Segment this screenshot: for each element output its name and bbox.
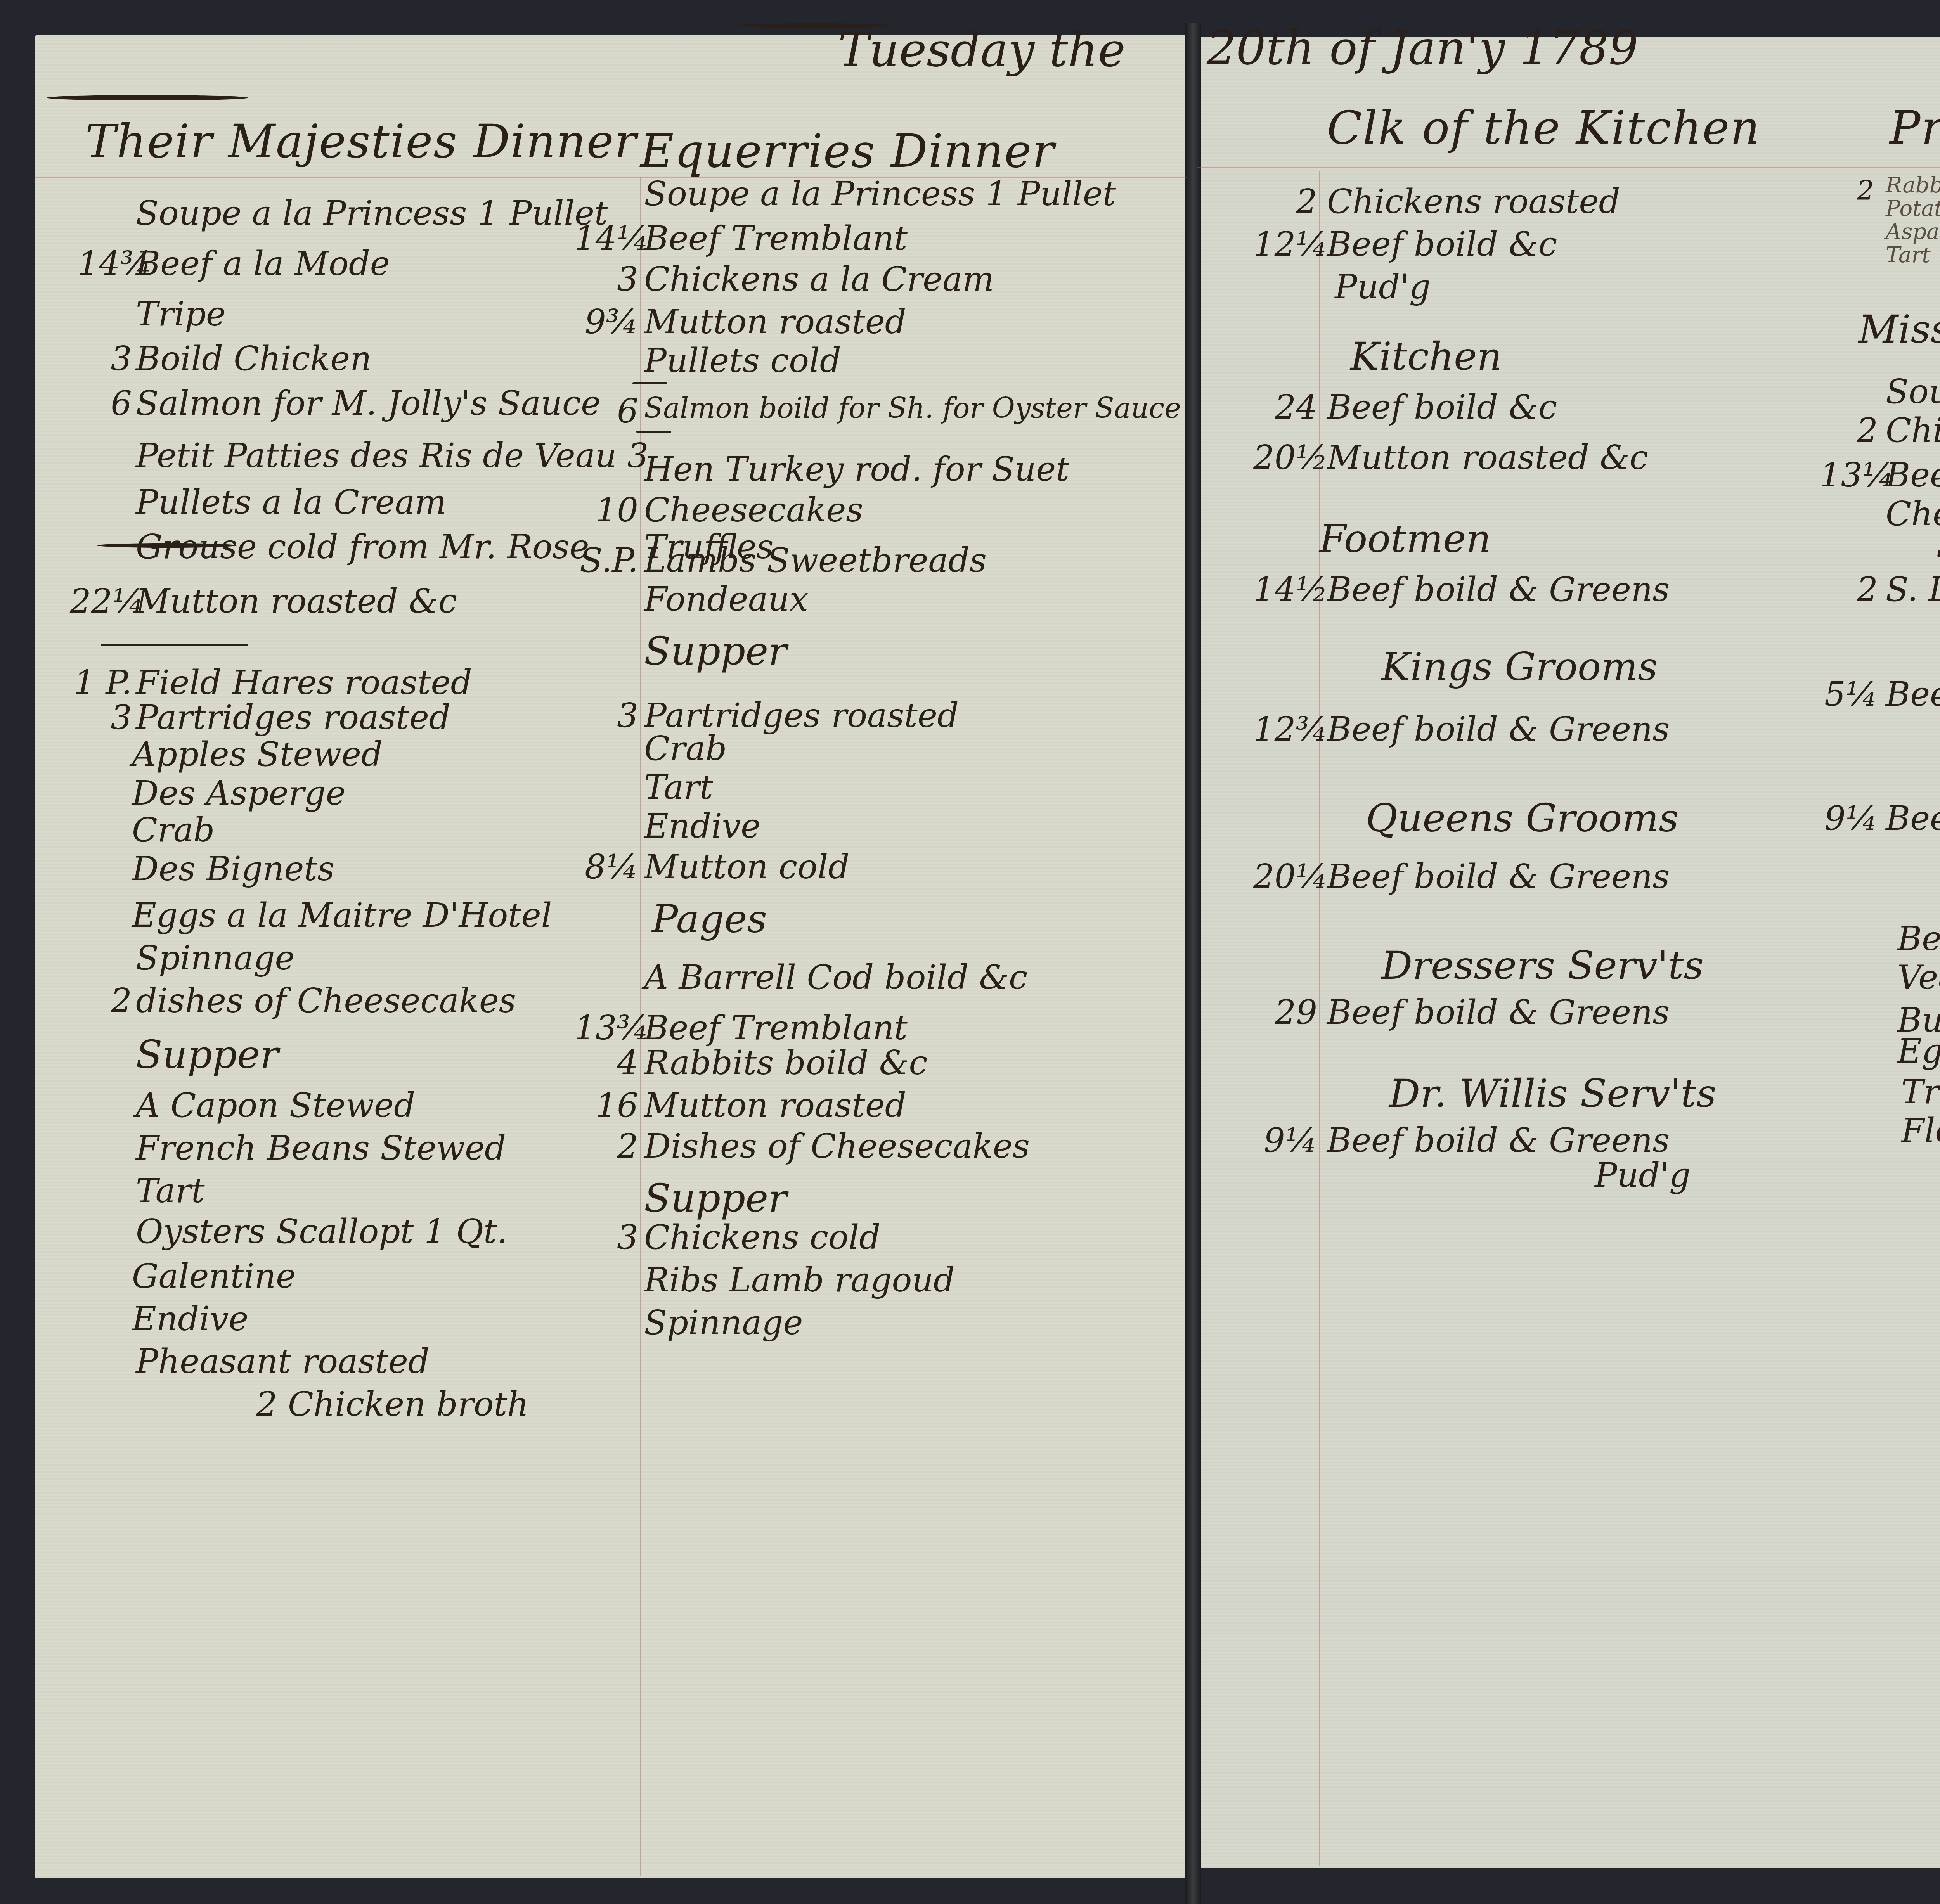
entry-qty: 2 [1820,570,1878,609]
entry-text: Crab [644,729,727,768]
soupe-item: Treble Sugar [1901,1073,1940,1111]
entry-text: Oysters Scallopt 1 Qt. [136,1212,508,1251]
column-heading: Princess's Dinner [1890,105,1940,151]
entry-qty: 13¾ [574,1009,638,1047]
entry-qty: 24 [1253,388,1317,427]
entry-text: Rabbits boild &c [644,1044,928,1082]
entry-text: 2 Chicken broth [256,1385,529,1424]
entry-text: Cheesecakes [644,491,863,530]
section-divider [97,543,237,548]
entry-text: Asparagus [1886,219,1940,244]
entry-text: Beef boild & Greens [1327,993,1670,1032]
soupe-item: Eggs [1897,1032,1940,1071]
section-heading-footmen: Footmen [1319,516,1491,561]
entry-qty: 3 [574,1218,638,1257]
section-heading-supper: Supper [644,1175,787,1221]
entry-text: Boild Chicken [136,339,372,378]
entry-qty: 14¼ [574,219,638,258]
entry-text: Tart [1886,242,1931,268]
date-header-right: 20th of Jan'y 1789 [1207,21,1638,75]
entry-qty: 8¼ [574,848,638,886]
entry-text: Lambs Sweetbreads [644,541,987,580]
column-heading: Their Majesties Dinner [85,118,637,164]
entry-text: Mutton roasted [644,1086,906,1125]
entry-text: Galentine [132,1257,296,1296]
column-heading: Equerries Dinner [640,128,1055,174]
book-gutter [1185,23,1201,1904]
entry-text: A Capon Stewed [136,1086,415,1125]
entry-qty: 6 [574,392,638,431]
heading-flourish [737,23,892,28]
entry-text: Endive [132,1300,248,1338]
entry-qty: 20¼ [1253,857,1317,896]
entry-text: Beef boild &c [1886,799,1940,838]
entry-text: Tart [136,1172,205,1210]
margin-rule-col3-right [1746,171,1747,1866]
entry-qty: 4 [574,1044,638,1082]
entry-qty: 29 [1253,993,1317,1032]
section-heading-pages: Pages [652,896,767,942]
entry-text: Apples Stewed [132,735,383,774]
entry-qty: 2 [574,1127,638,1166]
entry-text: Petit Patties des Ris de Veau 3 [136,436,648,475]
entry-text: Beef boild &c [1886,675,1940,714]
entry-text: Pud'g [1335,268,1431,306]
section-divider [101,644,248,646]
entry-text: Soupe a la Princess 1 Pullet [644,175,1116,213]
entry-text: Ribs Lamb ragoud [644,1261,955,1300]
section-divider [632,382,667,384]
entry-text: Chickens a la Cream [644,260,994,299]
section-heading-miss-goldsworthy: Miss Goldsworthy [1859,306,1940,352]
entry-qty: 3 [78,698,132,737]
soupe-item: Flour [1901,1111,1940,1150]
entry-text: Pud'g [1595,1156,1691,1195]
entry-text: Salmon boild for Sh. for Oyster Sauce [644,392,1181,424]
entry-text: Eggs a la Maitre D'Hotel [132,896,552,935]
entry-qty: 22¼ [70,582,132,621]
entry-text: Partridges roasted [136,698,450,737]
column-heading: Clk of the Kitchen [1327,105,1760,151]
section-heading-supper: Supper [136,1032,279,1077]
entry-text: Beef Tremblant [1886,456,1940,495]
entry-text: Rabbits [1886,173,1940,198]
entry-qty: 5¼ [1820,675,1878,714]
entry-text: Beef Tremblant [644,1009,908,1047]
entry-qty: 13¼ [1820,456,1878,495]
entry-text: dishes of Cheesecakes [136,981,516,1020]
entry-text: Dishes of Cheesecakes [644,1127,1030,1166]
entry-qty: 20½ [1253,438,1317,477]
entry-text: Des Asperge [132,774,346,813]
entry-text: Beef boild & Greens [1327,1121,1670,1160]
section-heading-kings-grooms: Kings Grooms [1381,644,1658,689]
entry-qty: 3 [574,260,638,299]
entry-text: S. Lobsters cold [1886,570,1940,609]
header-rule-right [1197,167,1940,168]
entry-qty: 3 [78,339,132,378]
entry-text: Spinnage [136,939,294,978]
entry-text: Spinnage [644,1303,803,1342]
entry-text: Beef Tremblant [644,219,908,258]
section-heading-dr-willis-servants: Dr. Willis Serv'ts [1389,1071,1717,1116]
entry-qty: 12¾ [1253,710,1317,749]
entry-text: Mutton cold [644,848,850,886]
entry-text: Mutton roasted [644,303,906,341]
entry-qty: 12¼ [1253,225,1317,264]
entry-qty: 3 [574,696,638,735]
entry-qty: S.P. [574,541,638,580]
entry-text: Chickens roasted [1886,411,1940,450]
entry-qty: 16 [574,1086,638,1125]
entry-text: Hen Turkey rod. for Suet [644,450,1069,489]
section-heading-dressers-servants: Dressers Serv'ts [1381,943,1704,988]
entry-text: Tart [644,768,713,807]
section-heading-kitchen: Kitchen [1350,334,1502,379]
entry-text: Endive [644,807,760,846]
entry-text: Mutton roasted &c [1327,438,1648,477]
entry-text: Chickens cold [644,1218,880,1257]
entry-text: Fondeaux [644,580,808,619]
entry-text: Cheesecakes [1886,495,1940,533]
entry-qty: 14¾ [78,244,132,283]
margin-rule-col4 [1880,167,1881,1866]
entry-text: Soupe [1886,372,1940,411]
entry-text: Des Bignets [132,850,334,888]
entry-qty: 1 P. [62,663,132,702]
entry-text: Potatoes [1886,196,1940,221]
margin-rule-col3 [1319,171,1320,1866]
soupe-item: Veal [1897,958,1940,997]
entry-text: French Beans Stewed [136,1129,506,1168]
margin-rule-col1 [134,177,135,1876]
entry-qty: 6 [78,384,132,423]
entry-text: Beef boild &c [1327,388,1557,427]
entry-text: Pheasant roasted [136,1342,430,1381]
entry-qty: 9¼ [1820,799,1878,838]
soupe-item: Beef [1897,919,1940,958]
entry-text: Field Hares roasted [136,663,472,702]
entry-qty: 9¾ [574,303,638,341]
date-header-left: Tuesday the [838,23,1126,77]
entry-text: Soupe a la Princess 1 Pullet [136,194,608,233]
entry-qty: 2 [1253,182,1317,221]
section-divider [636,431,671,433]
entry-text: Mutton roasted &c [136,582,457,621]
entry-qty: 2 [1820,175,1874,206]
entry-text: Pullets cold [644,341,841,380]
entry-text: A Barrell Cod boild &c [644,958,1027,997]
entry-text: Beef boild & Greens [1327,857,1670,896]
entry-text: Tripe [136,295,226,334]
heading-flourish [47,95,248,100]
entry-text: Pullets a la Cream [136,483,447,522]
entry-qty: 10 [574,491,638,530]
section-heading-supper: Supper [1936,522,1940,567]
entry-text: Beef boild & Greens [1327,710,1670,749]
entry-qty: 2 [78,981,132,1020]
entry-text: Crab [132,811,215,850]
entry-text: Beef boild & Greens [1327,570,1670,609]
entry-qty: 14½ [1253,570,1317,609]
entry-text: Beef a la Mode [136,244,390,283]
entry-text: Chickens roasted [1327,182,1620,221]
entry-qty: 9¼ [1253,1121,1317,1160]
entry-text: Salmon for M. Jolly's Sauce [136,384,601,423]
entry-text: Beef boild &c [1327,225,1557,264]
entry-qty: 2 [1820,411,1878,450]
section-heading-supper: Supper [644,628,787,674]
section-heading-queens-grooms: Queens Grooms [1366,795,1679,841]
